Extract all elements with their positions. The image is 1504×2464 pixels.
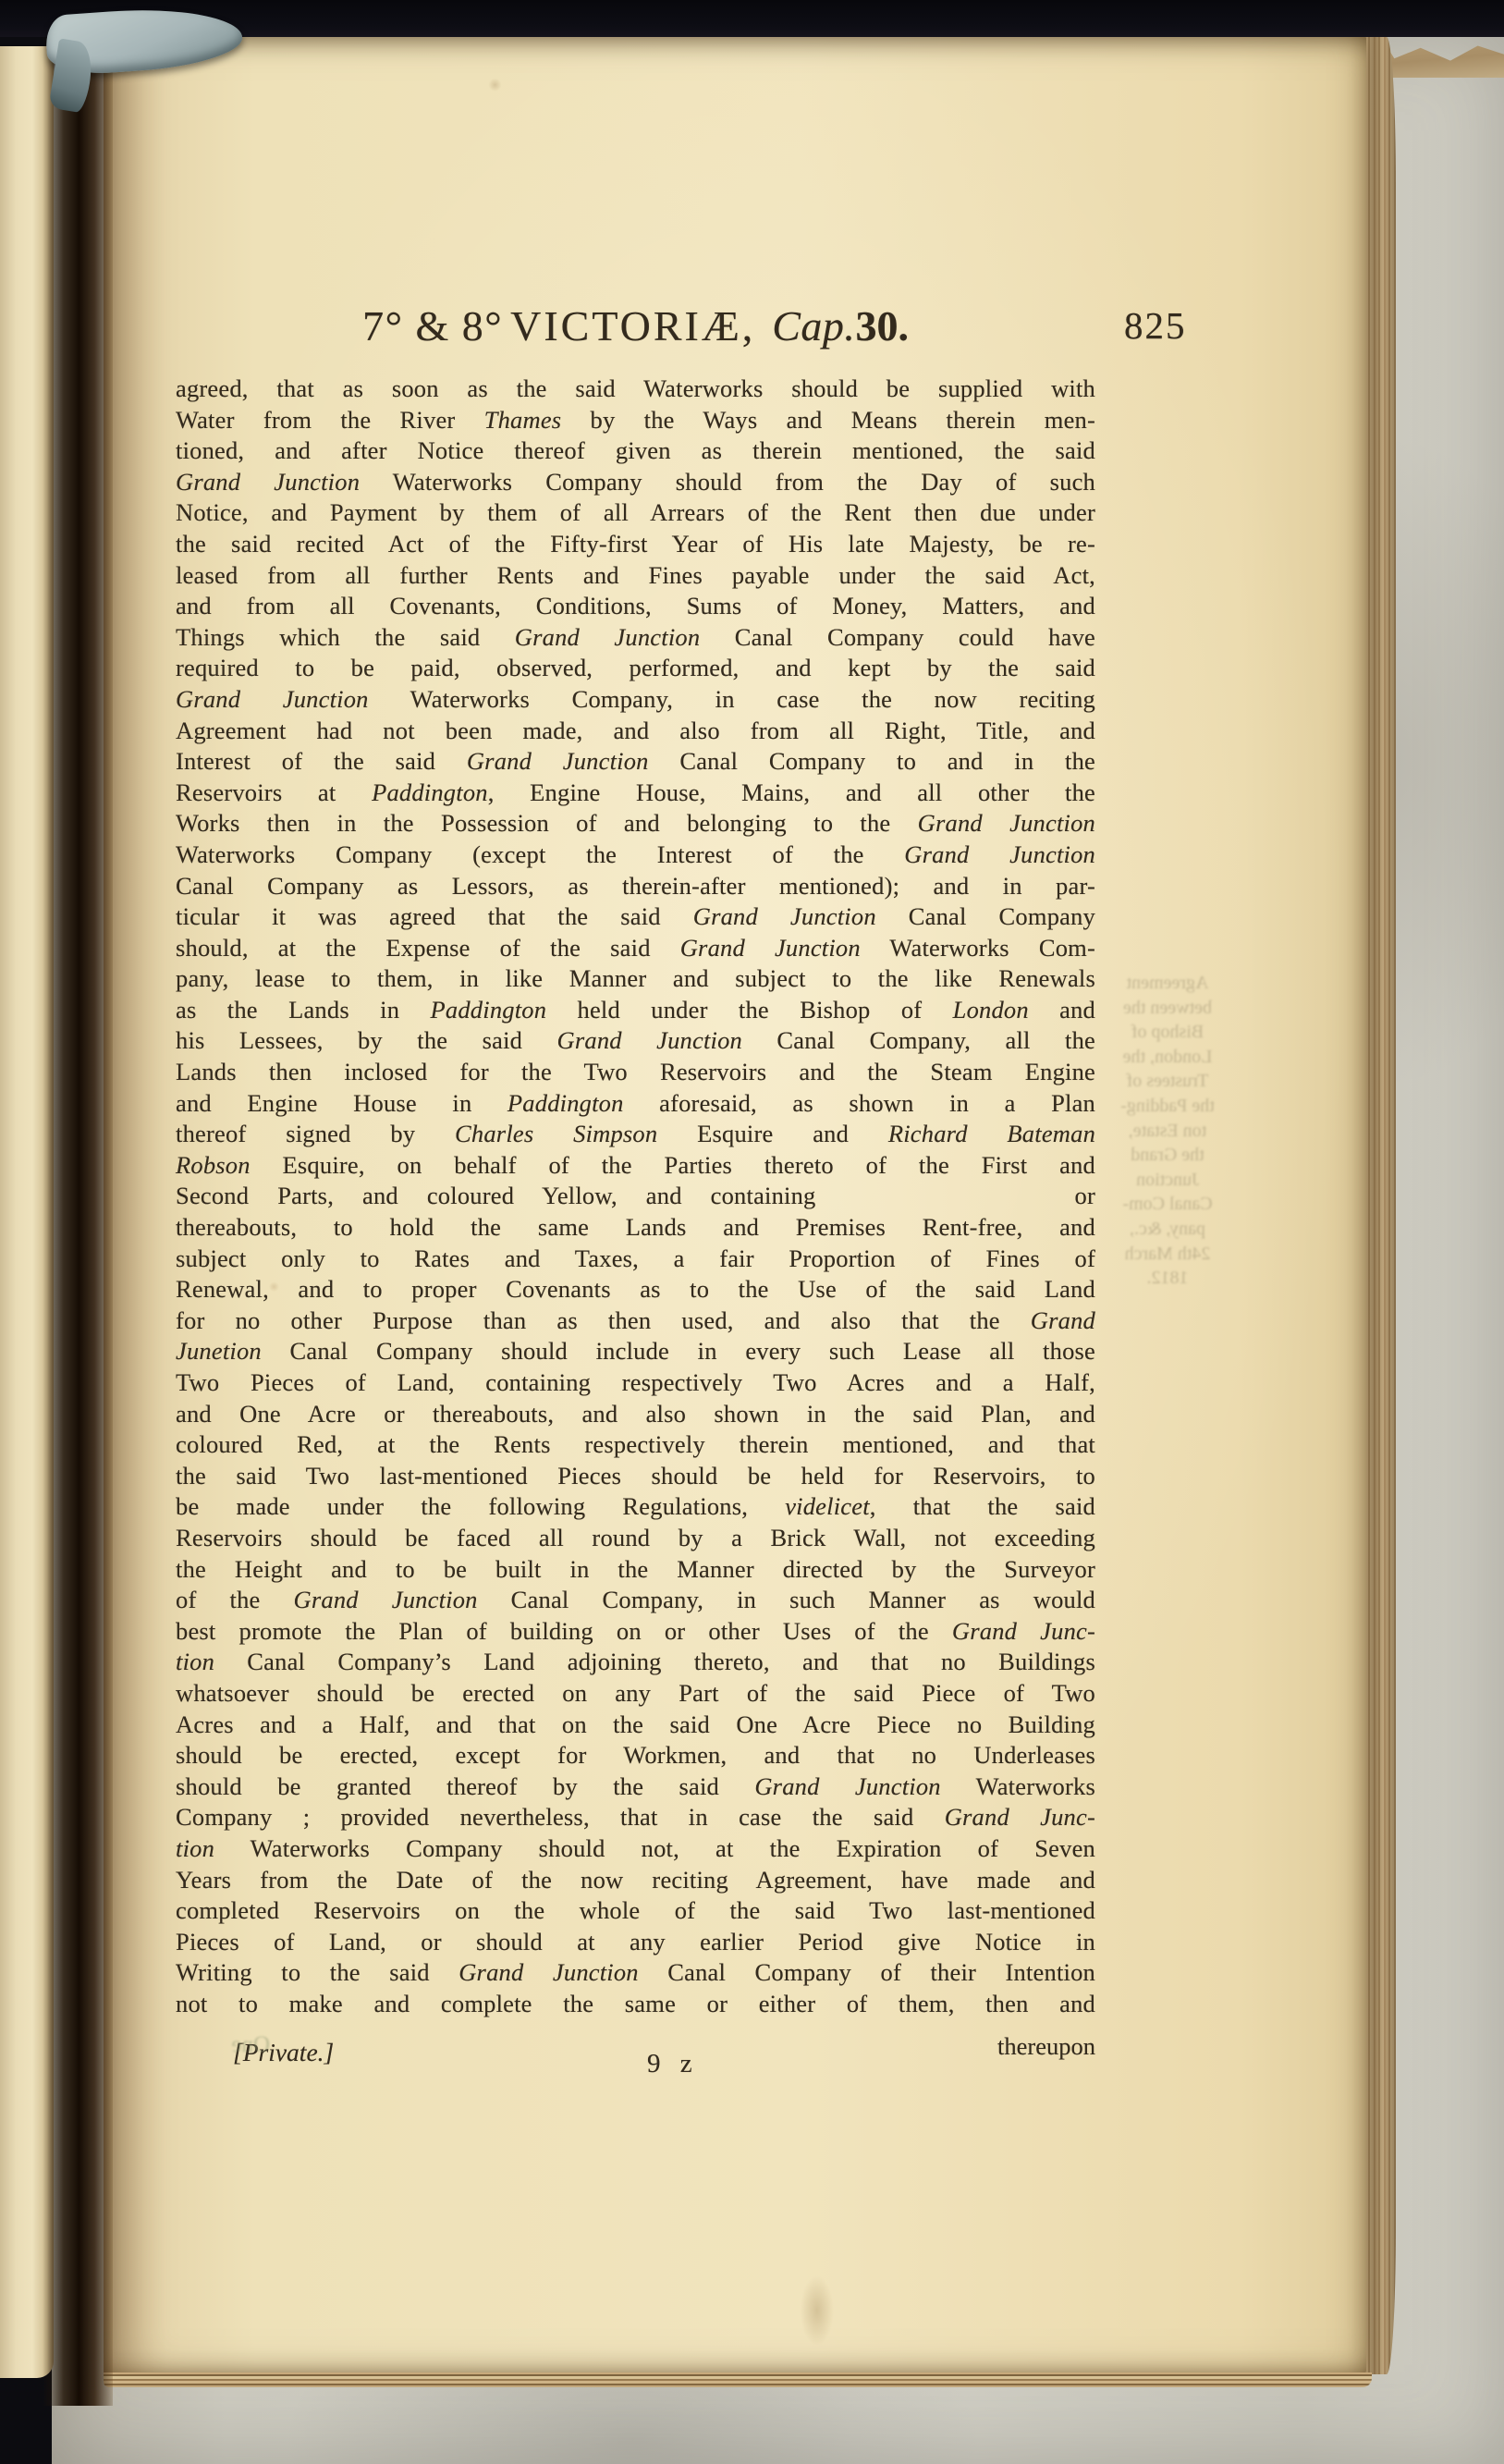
text-line: Second Parts, and coloured Yellow, and c… — [176, 1181, 1095, 1212]
act-regnal-years: 7° & 8° — [362, 302, 503, 349]
text-line: Renewal, and to proper Covenants as to t… — [176, 1274, 1095, 1306]
text-line: Grand Junction Waterworks Company should… — [176, 467, 1095, 498]
italic-text: Junetion — [176, 1337, 262, 1365]
text-line: for no other Purpose than as then used, … — [176, 1306, 1095, 1337]
signature-mark: 9 z — [647, 2049, 699, 2079]
text-line: Pieces of Land, or should at any earlier… — [176, 1927, 1095, 1958]
text-line: of the Grand Junction Canal Company, in … — [176, 1585, 1095, 1616]
text-line: Canal Company as Lessors, as therein-aft… — [176, 871, 1095, 902]
ghost-note-line: 1812. — [1098, 1266, 1237, 1291]
chapter-number: 30. — [855, 302, 909, 349]
book-page: 7° & 8°VICTORIÆ,Cap.30. 825 agreed, that… — [104, 33, 1366, 2376]
italic-text: Richard Bateman — [888, 1120, 1095, 1147]
text-line: Waterworks Company (except the Interest … — [176, 840, 1095, 871]
italic-text: videlicet — [785, 1492, 870, 1520]
ghost-note-line: Agreement — [1098, 971, 1237, 996]
ghost-note-line: Junction — [1098, 1168, 1237, 1193]
text-line: the Height and to be built in the Manner… — [176, 1554, 1095, 1586]
text-line: Robson Esquire, on behalf of the Parties… — [176, 1150, 1095, 1182]
text-line: tion Waterworks Company should not, at t… — [176, 1833, 1095, 1865]
ghost-note-line: Trustees of — [1098, 1069, 1237, 1094]
italic-text: Robson — [176, 1151, 251, 1179]
ghost-note-line: ton Estate, — [1098, 1119, 1237, 1144]
text-line: not to make and complete the same or eit… — [176, 1989, 1095, 2020]
text-line: Things which the said Grand Junction Can… — [176, 622, 1095, 654]
ghost-note-line: the Grand — [1098, 1143, 1237, 1168]
italic-text: Grand Junction — [294, 1586, 478, 1613]
text-line: and Engine House in Paddington aforesaid… — [176, 1088, 1095, 1120]
catchword: thereupon — [997, 2032, 1095, 2061]
italic-text: Grand Junction — [557, 1026, 742, 1054]
italic-text: Grand Junction — [459, 1958, 639, 1986]
ghost-note-line: Bishop of — [1098, 1020, 1237, 1045]
text-line: and One Acre or thereabouts, and also sh… — [176, 1399, 1095, 1430]
italic-text: Grand Junction — [904, 840, 1095, 868]
ghost-margin-note: Agreementbetween theBishop ofLondon, the… — [1098, 971, 1237, 1291]
ghost-note-line: 24th March — [1098, 1242, 1237, 1267]
text-line: Works then in the Possession of and belo… — [176, 808, 1095, 840]
italic-text: tion — [176, 1834, 214, 1862]
text-line: Lands then inclosed for the Two Reservoi… — [176, 1057, 1095, 1088]
text-line: Company ; provided nevertheless, that in… — [176, 1802, 1095, 1833]
text-line: required to be paid, observed, performed… — [176, 653, 1095, 684]
text-line: the said Two last-mentioned Pieces shoul… — [176, 1461, 1095, 1492]
italic-text: Grand Junction — [680, 934, 861, 962]
gutter-shadow — [43, 33, 113, 2406]
text-line: Grand Junction Waterworks Company, in ca… — [176, 684, 1095, 716]
ghost-note-line: London, the — [1098, 1045, 1237, 1070]
text-line: be made under the following Regulations,… — [176, 1491, 1095, 1523]
italic-text: Grand Junction — [176, 685, 369, 713]
italic-text: Grand Junc- — [952, 1617, 1095, 1645]
italic-text: Grand — [1031, 1306, 1095, 1334]
italic-text: Grand Junction — [754, 1772, 940, 1800]
text-line: should be erected, except for Workmen, a… — [176, 1740, 1095, 1771]
text-line: ticular it was agreed that the said Gran… — [176, 901, 1095, 933]
text-line: Agreement had not been made, and also fr… — [176, 716, 1095, 747]
text-line: tion Canal Company’s Land adjoining ther… — [176, 1647, 1095, 1678]
italic-text: Thames — [484, 406, 562, 434]
text-line: pany, lease to them, in like Manner and … — [176, 963, 1095, 995]
ghost-note-line: Canal Com- — [1098, 1192, 1237, 1217]
text-line: Years from the Date of the now reciting … — [176, 1865, 1095, 1896]
italic-text: Charles Simpson — [455, 1120, 657, 1147]
text-line: Two Pieces of Land, containing respectiv… — [176, 1367, 1095, 1399]
text-line: and from all Covenants, Conditions, Sums… — [176, 591, 1095, 622]
text-line: thereabouts, to hold the same Lands and … — [176, 1212, 1095, 1244]
body-text: agreed, that as soon as the said Waterwo… — [176, 374, 1095, 2019]
page-bottom-edge — [104, 2372, 1372, 2387]
blank-space — [816, 1202, 1075, 1204]
text-line: as the Lands in Paddington held under th… — [176, 995, 1095, 1026]
italic-text: Grand Junc- — [945, 1803, 1095, 1831]
text-line: his Lessees, by the said Grand Junction … — [176, 1025, 1095, 1057]
ghost-note-line: pany, &c., — [1098, 1217, 1237, 1242]
text-line: completed Reservoirs on the whole of the… — [176, 1895, 1095, 1927]
text-line: should, at the Expense of the said Grand… — [176, 933, 1095, 964]
text-line: Junetion Canal Company should include in… — [176, 1336, 1095, 1367]
text-line: Acres and a Half, and that on the said O… — [176, 1710, 1095, 1741]
italic-text: London — [953, 996, 1029, 1024]
text-line: subject only to Rates and Taxes, a fair … — [176, 1244, 1095, 1275]
ghost-note-line: between the — [1098, 996, 1237, 1021]
chapter-label: Cap. — [772, 302, 855, 349]
ghost-note-line: the Padding- — [1098, 1094, 1237, 1119]
italic-text: Grand Junction — [918, 809, 1095, 837]
text-line: agreed, that as soon as the said Waterwo… — [176, 374, 1095, 405]
page-number: 825 — [1124, 303, 1300, 348]
text-line: should be granted thereof by the said Gr… — [176, 1771, 1095, 1803]
text-line: best promote the Plan of building on or … — [176, 1616, 1095, 1648]
text-line: Water from the River Thames by the Ways … — [176, 405, 1095, 436]
text-line: leased from all further Rents and Fines … — [176, 560, 1095, 592]
text-line: Writing to the said Grand Junction Canal… — [176, 1957, 1095, 1989]
text-line: coloured Red, at the Rents respectively … — [176, 1429, 1095, 1461]
text-line: Interest of the said Grand Junction Cana… — [176, 746, 1095, 778]
italic-text: Grand Junction — [515, 623, 701, 651]
text-line: whatsoever should be erected on any Part… — [176, 1678, 1095, 1710]
text-line: the said recited Act of the Fifty-first … — [176, 529, 1095, 560]
ghost-catchword: One — [196, 2032, 270, 2058]
text-line: tioned, and after Notice thereof given a… — [176, 435, 1095, 467]
italic-text: Paddington — [507, 1089, 624, 1117]
text-line: Reservoirs should be faced all round by … — [176, 1523, 1095, 1554]
text-line: Notice, and Payment by them of all Arrea… — [176, 497, 1095, 529]
italic-text: Grand Junction — [467, 747, 649, 775]
italic-text: Grand Junction — [176, 468, 360, 496]
italic-text: Grand Junction — [693, 902, 876, 930]
page-header: 7° & 8°VICTORIÆ,Cap.30. — [176, 301, 1095, 350]
italic-text: tion — [176, 1648, 214, 1675]
italic-text: Paddington — [431, 996, 547, 1024]
book-scan: 7° & 8°VICTORIÆ,Cap.30. 825 agreed, that… — [0, 0, 1504, 2464]
text-line: Reservoirs at Paddington, Engine House, … — [176, 778, 1095, 809]
act-title: VICTORIÆ, — [510, 302, 755, 349]
text-line: thereof signed by Charles Simpson Esquir… — [176, 1119, 1095, 1150]
italic-text: Paddington — [372, 778, 488, 806]
